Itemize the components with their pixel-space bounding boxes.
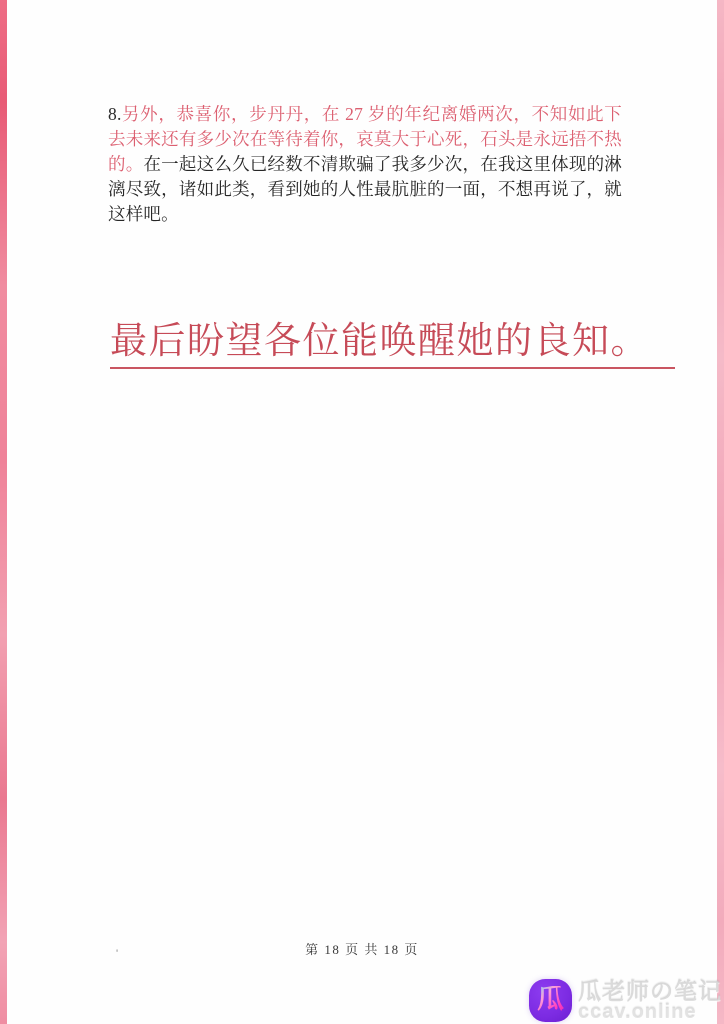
- left-edge-scan-artifact: [0, 0, 7, 1024]
- watermark-site-name: 瓜老师の笔记: [578, 980, 722, 1003]
- page-number-footer: 第 18 页 共 18 页: [0, 939, 724, 958]
- body-paragraph: 8.另外，恭喜你，步丹丹，在 27 岁的年纪离婚两次，不知如此下去未来还有多少次…: [108, 102, 622, 227]
- watermelon-glyph: 瓜: [537, 986, 564, 1013]
- document-page: 8.另外，恭喜你，步丹丹，在 27 岁的年纪离婚两次，不知如此下去未来还有多少次…: [0, 0, 724, 1024]
- right-edge-scan-artifact: [717, 0, 724, 1024]
- watermark: 瓜 瓜老师の笔记 ccav.online: [529, 979, 722, 1022]
- watermark-text: 瓜老师の笔记 ccav.online: [578, 980, 722, 1022]
- paragraph-number: 8.: [108, 104, 122, 124]
- watermark-site-domain: ccav.online: [578, 1003, 722, 1022]
- watermelon-logo-icon: 瓜: [529, 979, 572, 1022]
- paragraph-black-text: 在一起这么久已经数不清欺骗了我多少次，在我这里体现的淋漓尽致，诸如此类，看到她的…: [108, 154, 622, 224]
- headline-underlined: 最后盼望各位能唤醒她的良知。: [110, 320, 675, 369]
